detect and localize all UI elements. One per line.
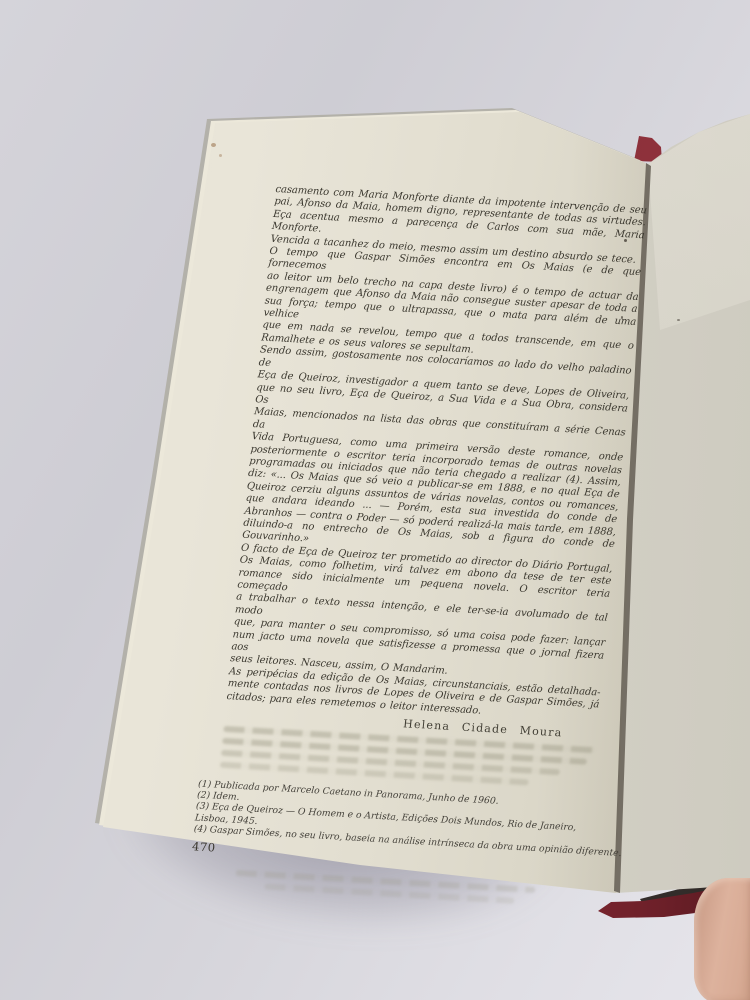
paper-speck — [219, 154, 222, 157]
thumb — [694, 878, 750, 1000]
paper-speck — [211, 143, 216, 147]
page-text-block: casamento com Maria Monforte diante da i… — [208, 184, 648, 914]
book-photo: casamento com Maria Monforte diante da i… — [0, 0, 750, 1000]
paper-speck — [677, 319, 680, 321]
body-text: casamento com Maria Monforte diante da i… — [226, 184, 647, 724]
